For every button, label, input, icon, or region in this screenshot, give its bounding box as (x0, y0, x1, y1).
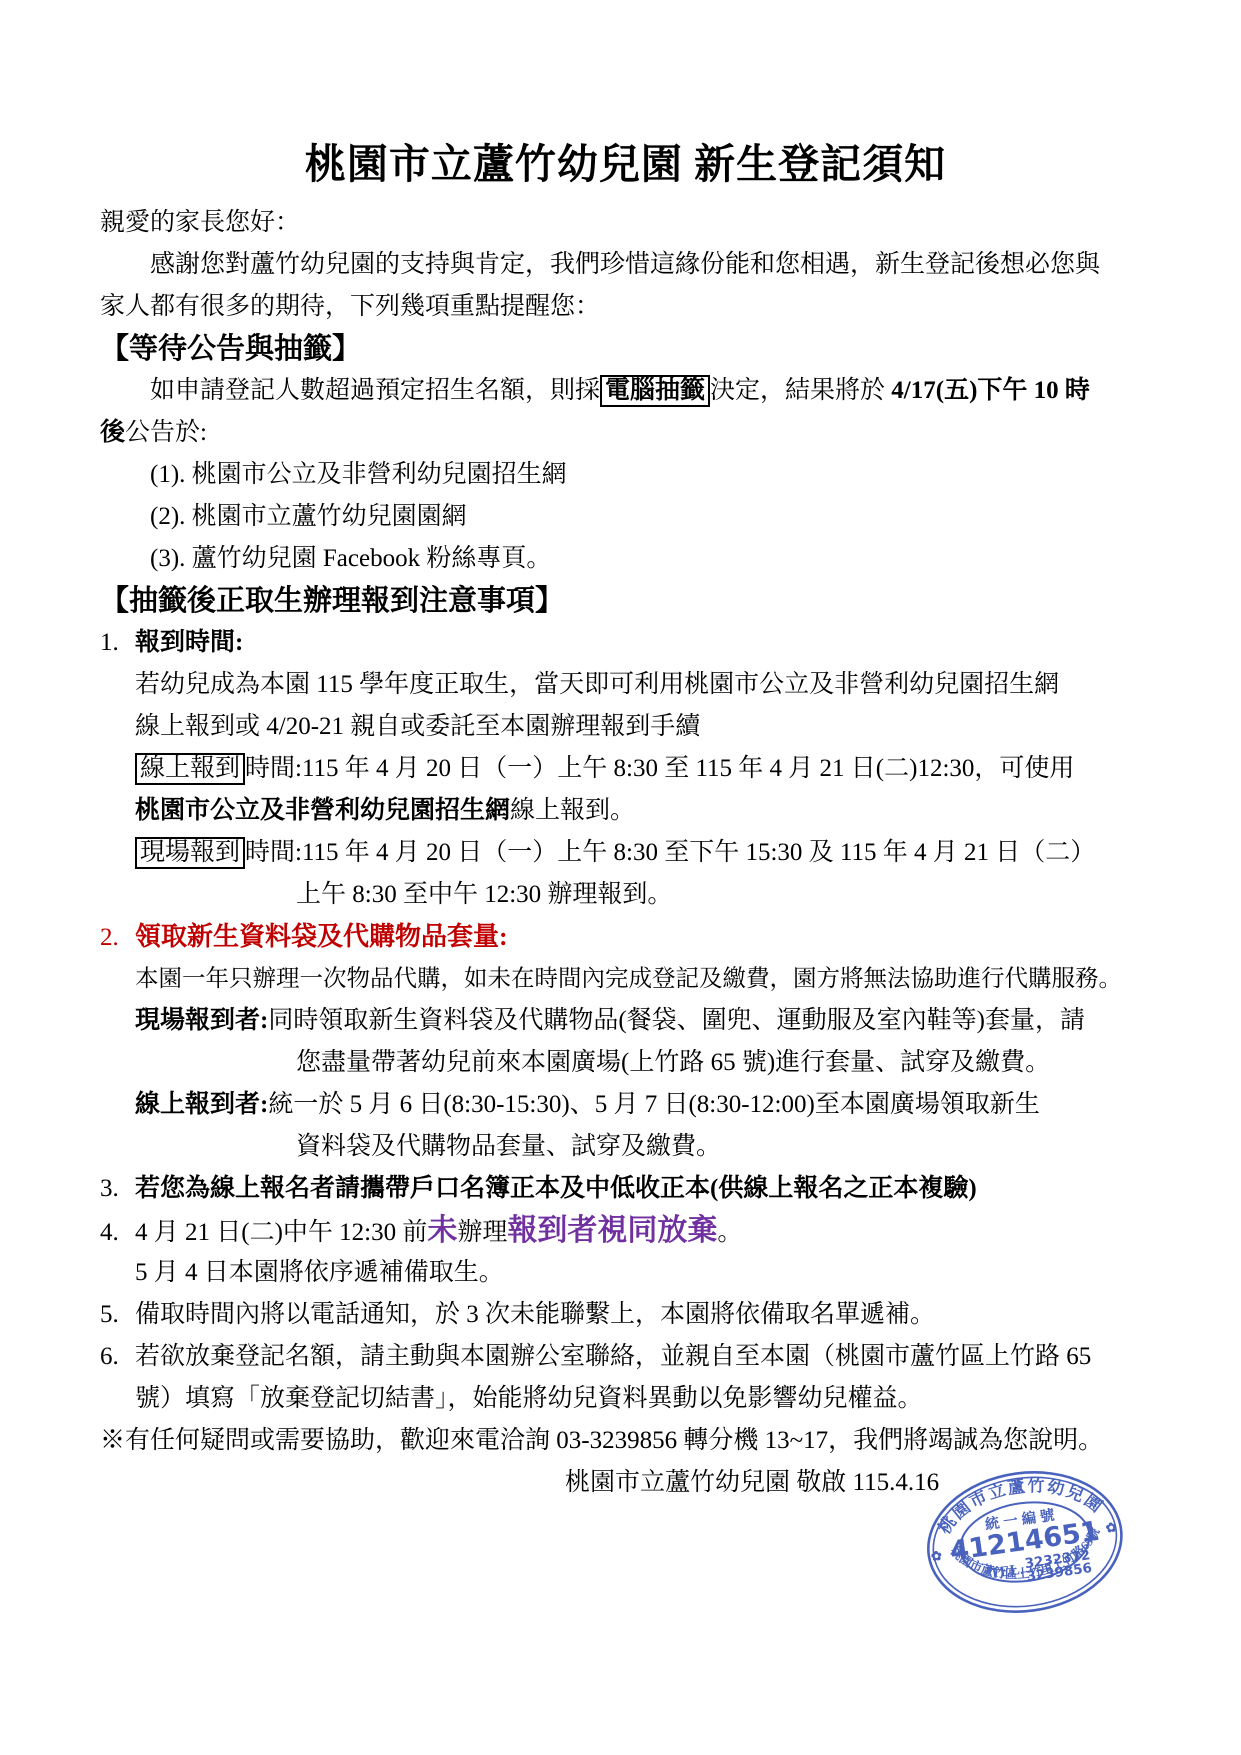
doc-line: 1.報到時間: (100, 622, 1151, 664)
doc-line: 資料袋及代購物品套量、試穿及繳費。 (100, 1126, 1151, 1168)
doc-line: 現場報到者:同時領取新生資料袋及代購物品(餐袋、圍兜、運動服及室內鞋等)套量，請 (100, 1000, 1151, 1042)
text-segment: 4/17(五)下午 10 時 (891, 377, 1090, 404)
doc-line: ※有任何疑問或需要協助，歡迎來電洽詢 03-3239856 轉分機 13~17，… (100, 1420, 1151, 1462)
text-segment: 。 (717, 1219, 742, 1246)
text-segment: 桃園市立蘆竹幼兒園 敬啟 115.4.16 (565, 1469, 939, 1496)
doc-line: 4.4 月 21 日(二)中午 12:30 前未辦理報到者視同放棄。 (100, 1210, 1151, 1252)
text-segment: 後 (100, 419, 125, 446)
text-segment: 時間:115 年 4 月 20 日（一）上午 8:30 至下午 15:30 及 … (245, 839, 1095, 866)
doc-line: 線上報到或 4/20-21 親自或委託至本園辦理報到手續 (100, 706, 1151, 748)
doc-line: 後公告於: (100, 412, 1151, 454)
doc-line: 號）填寫「放棄登記切結書」，始能將幼兒資料異動以免影響幼兒權益。 (100, 1378, 1151, 1420)
text-segment: 若您為線上報名者請攜帶戶口名簿正本及中低收正本(供線上報名之正本複驗) (135, 1175, 977, 1202)
text-segment: 1. (100, 622, 135, 664)
text-segment: 資料袋及代購物品套量、試穿及繳費。 (296, 1133, 721, 1160)
boxed-term: 電腦抽籤 (600, 375, 710, 407)
text-segment: 時間:115 年 4 月 20 日（一）上午 8:30 至 115 年 4 月 … (245, 755, 1074, 782)
doc-line: 若幼兒成為本園 115 學年度正取生，當天即可利用桃園市公立及非營利幼兒園招生網 (100, 664, 1151, 706)
text-segment: 如申請登記人數超過預定招生名額，則採 (150, 377, 600, 404)
doc-line: 您盡量帶著幼兒前來本園廣場(上竹路 65 號)進行套量、試穿及繳費。 (100, 1042, 1151, 1084)
text-segment: 線上報到或 4/20-21 親自或委託至本園辦理報到手續 (135, 713, 700, 740)
text-segment: 公告於: (125, 419, 207, 446)
document-page: 桃園市立蘆竹幼兒園 新生登記須知 親愛的家長您好：感謝您對蘆竹幼兒園的支持與肯定… (0, 0, 1241, 1755)
doc-line: (3). 蘆竹幼兒園 Facebook 粉絲專頁。 (100, 538, 1151, 580)
text-segment: 若幼兒成為本園 115 學年度正取生，當天即可利用桃園市公立及非營利幼兒園招生網 (135, 671, 1059, 698)
text-segment: 2. (100, 917, 135, 959)
text-segment: 線上報到者: (135, 1091, 268, 1118)
text-segment: 家人都有很多的期待，下列幾項重點提醒您： (100, 293, 600, 320)
text-segment: ※有任何疑問或需要協助，歡迎來電洽詢 03-3239856 轉分機 13~17，… (100, 1427, 1103, 1454)
text-segment: 感謝您對蘆竹幼兒園的支持與肯定，我們珍惜這緣份能和您相遇，新生登記後想必您與 (150, 251, 1100, 278)
text-segment: 號）填寫「放棄登記切結書」，始能將幼兒資料異動以免影響幼兒權益。 (135, 1385, 923, 1412)
official-stamp: 桃園市立蘆竹幼兒園 桃園市蘆竹區上竹里上竹路65號 ✿ ✿ 統一編號 41214… (915, 1455, 1136, 1632)
doc-line: 5 月 4 日本園將依序遞補備取生。 (100, 1252, 1151, 1294)
text-segment: 上午 8:30 至中午 12:30 辦理報到。 (296, 881, 672, 908)
text-segment: 5 月 4 日本園將依序遞補備取生。 (135, 1259, 504, 1286)
text-segment: (1). 桃園市公立及非營利幼兒園招生網 (150, 461, 567, 488)
text-segment: 您盡量帶著幼兒前來本園廣場(上竹路 65 號)進行套量、試穿及繳費。 (296, 1049, 1050, 1076)
text-segment: 辦理 (457, 1219, 507, 1246)
doc-line: 感謝您對蘆竹幼兒園的支持與肯定，我們珍惜這緣份能和您相遇，新生登記後想必您與 (100, 244, 1151, 286)
text-segment: 領取新生資料袋及代購物品套量: (135, 922, 508, 951)
doc-line: 本園一年只辦理一次物品代購，如未在時間內完成登記及繳費，園方將無法協助進行代購服… (100, 958, 1151, 1000)
doc-line: (1). 桃園市公立及非營利幼兒園招生網 (100, 454, 1151, 496)
flower-right-icon: ✿ (1105, 1519, 1118, 1535)
text-segment: 報到者視同放棄 (507, 1214, 717, 1247)
text-segment: 本園一年只辦理一次物品代購，如未在時間內完成登記及繳費，園方將無法協助進行代購服… (135, 966, 1122, 992)
doc-line: 【抽籤後正取生辦理報到注意事項】 (100, 580, 1151, 622)
text-segment: (2). 桃園市立蘆竹幼兒園園網 (150, 503, 467, 530)
text-segment: 5. (100, 1294, 135, 1336)
page-title: 桃園市立蘆竹幼兒園 新生登記須知 (100, 140, 1151, 188)
doc-line: 親愛的家長您好： (100, 202, 1151, 244)
flower-left-icon: ✿ (930, 1548, 943, 1564)
text-segment: 現場報到者: (135, 1007, 268, 1034)
text-segment: 4 月 21 日(二)中午 12:30 前 (135, 1219, 427, 1246)
text-segment: (3). 蘆竹幼兒園 Facebook 粉絲專頁。 (150, 545, 551, 572)
text-segment: 同時領取新生資料袋及代購物品(餐袋、圍兜、運動服及室內鞋等)套量，請 (268, 1007, 1085, 1034)
text-segment: 【等待公告與抽籤】 (100, 333, 361, 365)
doc-line: 線上報到時間:115 年 4 月 20 日（一）上午 8:30 至 115 年 … (100, 748, 1151, 790)
doc-line: 如申請登記人數超過預定招生名額，則採電腦抽籤決定，結果將於 4/17(五)下午 … (100, 370, 1151, 412)
text-segment: 線上報到。 (510, 797, 635, 824)
doc-line: 現場報到時間:115 年 4 月 20 日（一）上午 8:30 至下午 15:3… (100, 832, 1151, 874)
boxed-term: 線上報到 (135, 753, 245, 785)
doc-line: 5.備取時間內將以電話通知，於 3 次未能聯繫上，本園將依備取名單遞補。 (100, 1294, 1151, 1336)
doc-line: 線上報到者:統一於 5 月 6 日(8:30-15:30)、5 月 7 日(8:… (100, 1084, 1151, 1126)
doc-line: 3.若您為線上報名者請攜帶戶口名簿正本及中低收正本(供線上報名之正本複驗) (100, 1168, 1151, 1210)
text-segment: 未 (427, 1214, 457, 1247)
text-segment: 備取時間內將以電話通知，於 3 次未能聯繫上，本園將依備取名單遞補。 (135, 1301, 935, 1328)
text-segment: 決定，結果將於 (710, 377, 891, 404)
text-segment: 4. (100, 1212, 135, 1254)
text-segment: 桃園市公立及非營利幼兒園招生網 (135, 797, 510, 824)
text-segment: 6. (100, 1336, 135, 1378)
doc-line: 2.領取新生資料袋及代購物品套量: (100, 916, 1151, 958)
boxed-term: 現場報到 (135, 837, 245, 869)
text-segment: 若欲放棄登記名額，請主動與本園辦公室聯絡，並親自至本園（桃園市蘆竹區上竹路 65 (135, 1343, 1091, 1370)
doc-line: (2). 桃園市立蘆竹幼兒園園網 (100, 496, 1151, 538)
text-segment: 統一於 5 月 6 日(8:30-15:30)、5 月 7 日(8:30-12:… (268, 1091, 1040, 1118)
document-body: 親愛的家長您好：感謝您對蘆竹幼兒園的支持與肯定，我們珍惜這緣份能和您相遇，新生登… (100, 202, 1151, 1504)
text-segment: 3. (100, 1168, 135, 1210)
doc-line: 6.若欲放棄登記名額，請主動與本園辦公室聯絡，並親自至本園（桃園市蘆竹區上竹路 … (100, 1336, 1151, 1378)
doc-line: 家人都有很多的期待，下列幾項重點提醒您： (100, 286, 1151, 328)
text-segment: 親愛的家長您好： (100, 209, 300, 236)
doc-line: 上午 8:30 至中午 12:30 辦理報到。 (100, 874, 1151, 916)
doc-line: 桃園市公立及非營利幼兒園招生網線上報到。 (100, 790, 1151, 832)
text-segment: 【抽籤後正取生辦理報到注意事項】 (100, 585, 564, 617)
text-segment: 報到時間: (135, 629, 243, 656)
document-content: 桃園市立蘆竹幼兒園 新生登記須知 親愛的家長您好：感謝您對蘆竹幼兒園的支持與肯定… (100, 140, 1151, 1504)
doc-line: 【等待公告與抽籤】 (100, 328, 1151, 370)
